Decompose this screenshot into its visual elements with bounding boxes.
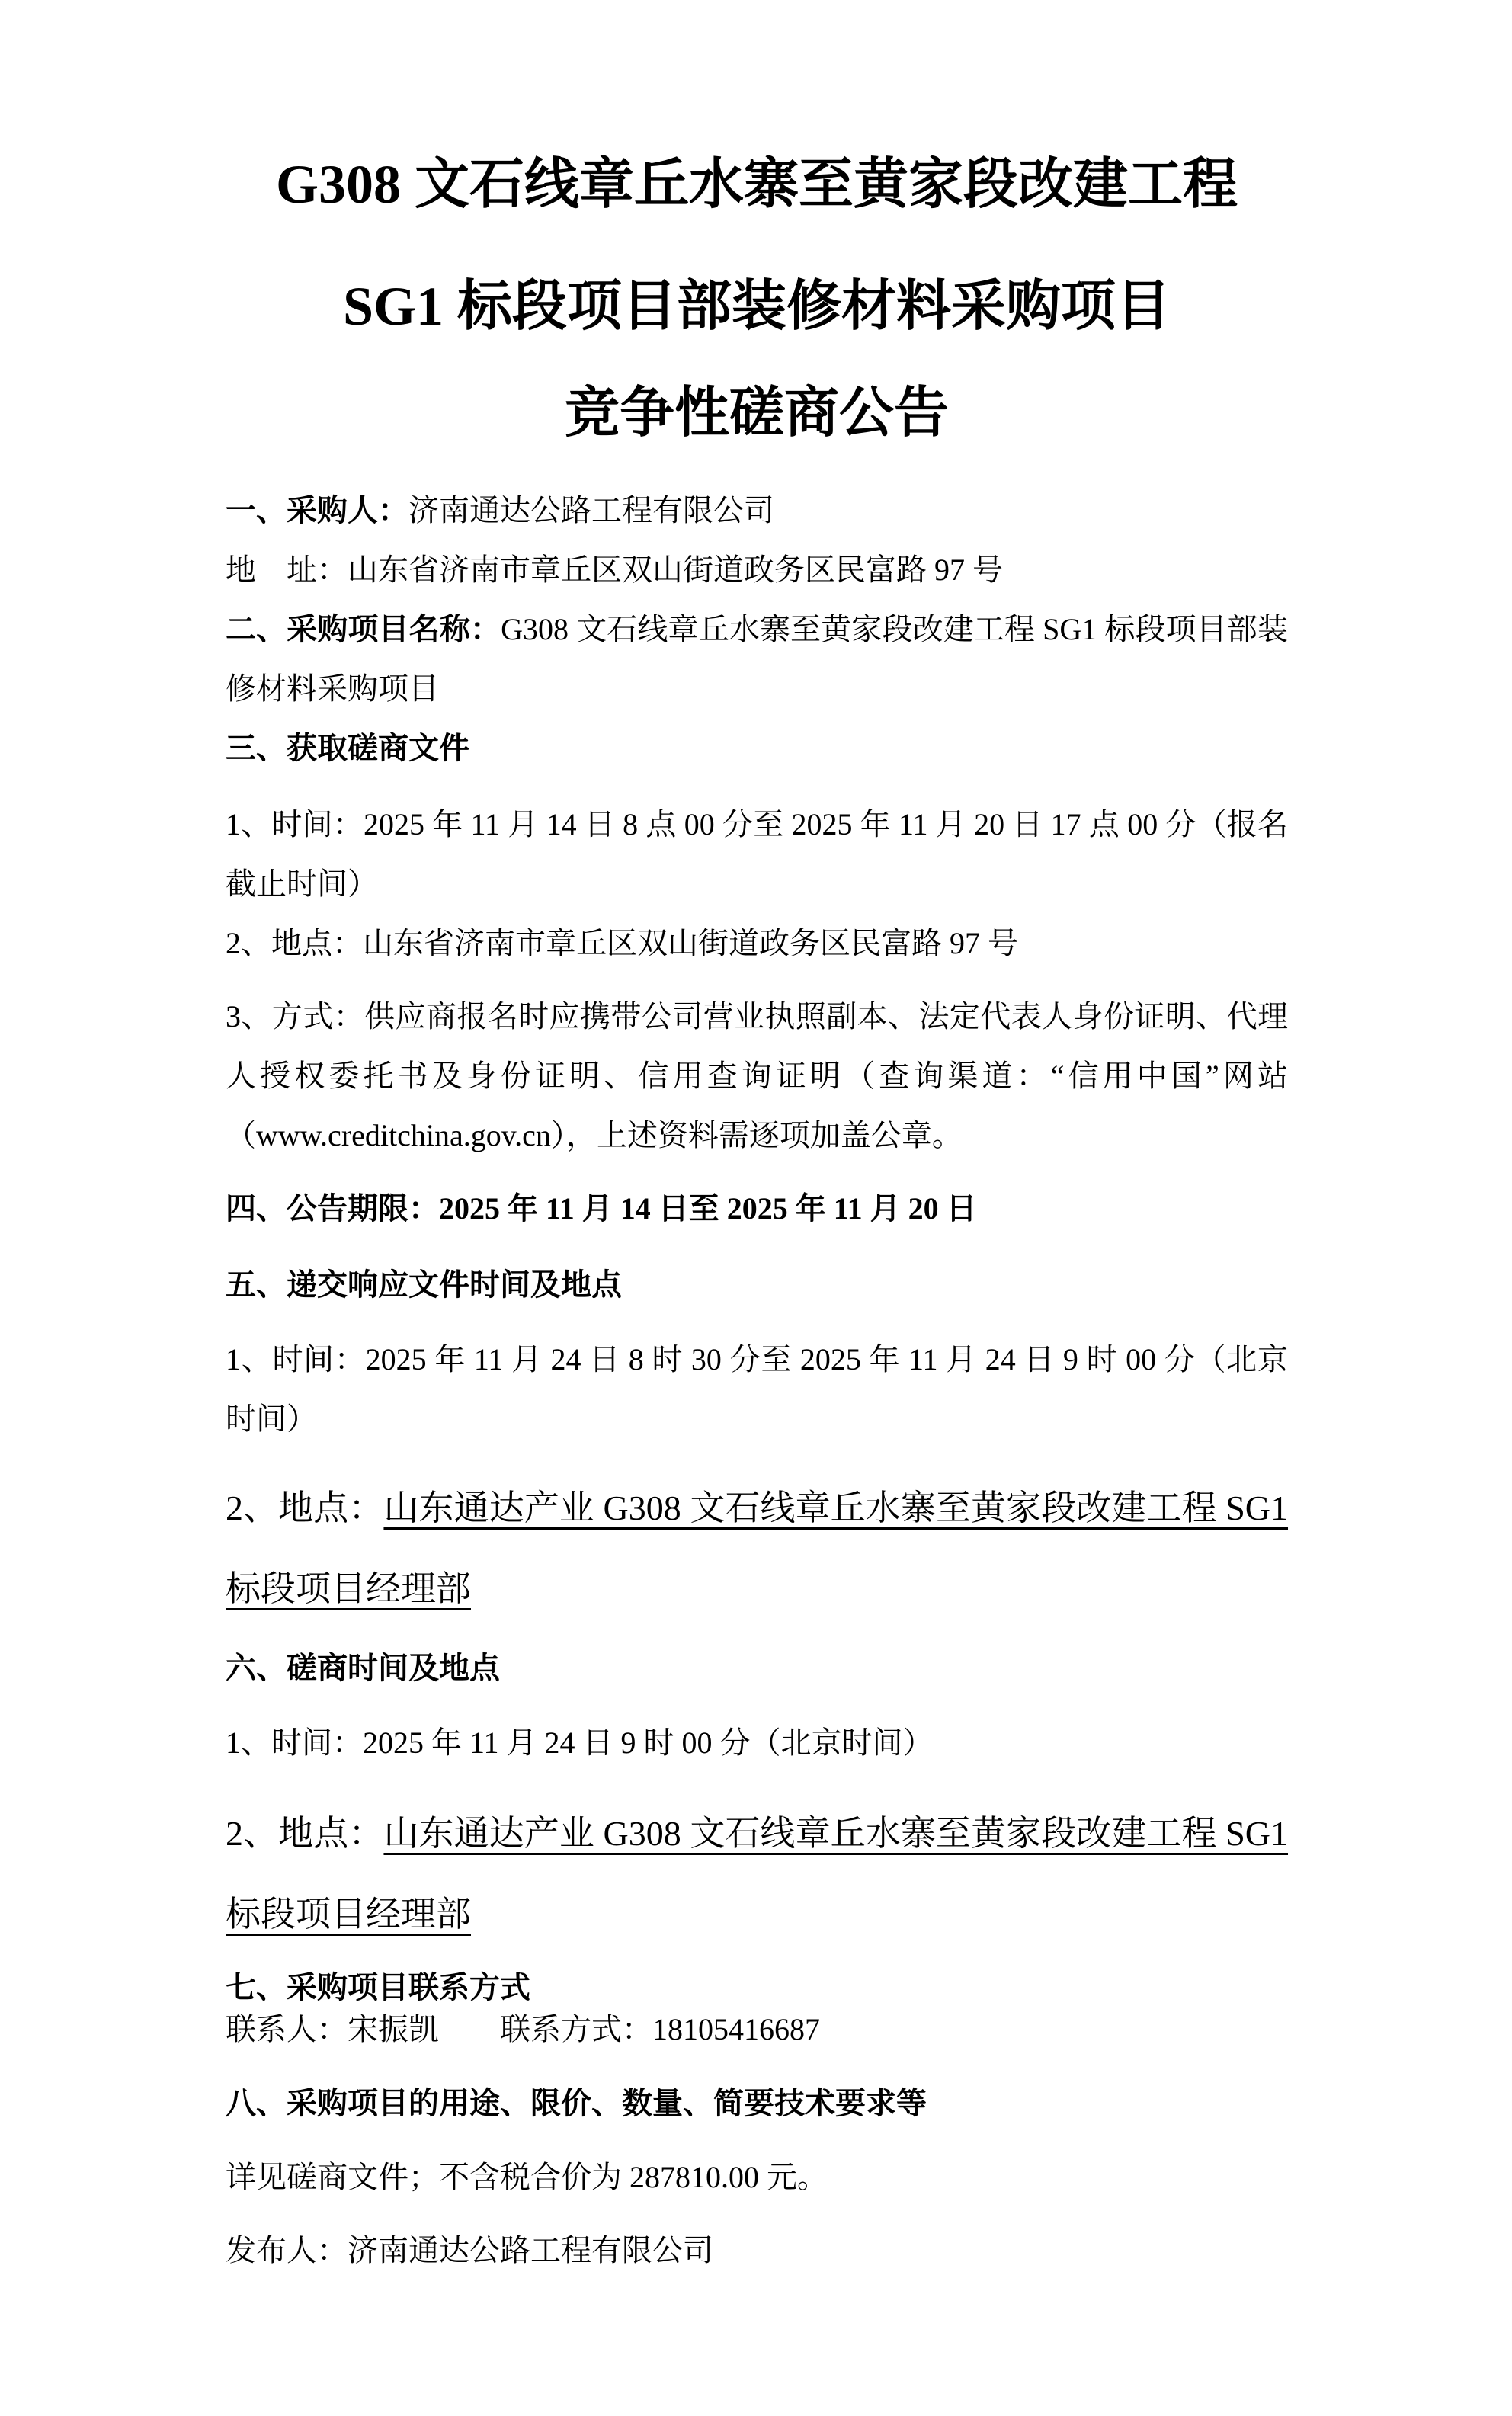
section-5-place-value: 山东通达产业 G308 文石线章丘水寨至黄家段改建工程 SG1 标段项目经理部 [226,1488,1288,1608]
section-8-heading: 八、采购项目的用途、限价、数量、简要技术要求等 [226,2074,1288,2133]
section-5-place-label: 2、地点： [226,1488,383,1527]
section-4-heading: 四、公告期限：2025 年 11 月 14 日至 2025 年 11 月 20 … [226,1179,1288,1238]
section-6-place-line: 2、地点：山东通达产业 G308 文石线章丘水寨至黄家段改建工程 SG1 标段项… [226,1793,1288,1955]
buyer-value: 济南通达公路工程有限公司 [408,493,774,527]
section-5-heading: 五、递交响应文件时间及地点 [226,1255,1288,1315]
buyer-line: 一、采购人：济南通达公路工程有限公司 [226,481,1288,540]
section-3-time-line: 1、时间：2025 年 11 月 14 日 8 点 00 分至 2025 年 1… [226,795,1288,914]
section-5-place-line: 2、地点：山东通达产业 G308 文石线章丘水寨至黄家段改建工程 SG1 标段项… [226,1468,1288,1629]
section-3-heading: 三、获取磋商文件 [226,719,1288,778]
publisher-line: 发布人：济南通达公路工程有限公司 [226,2221,1288,2280]
section-6-heading: 六、磋商时间及地点 [226,1639,1288,1698]
section-6-place-label: 2、地点： [226,1814,383,1853]
document-title: G308 文石线章丘水寨至黄家段改建工程 SG1 标段项目部装修材料采购项目 竞… [226,149,1288,450]
section-7-heading: 七、采购项目联系方式 [226,1966,1288,2008]
buyer-label: 一、采购人： [226,493,408,527]
section-6-place-value: 山东通达产业 G308 文石线章丘水寨至黄家段改建工程 SG1 标段项目经理部 [226,1814,1288,1934]
document-content: G308 文石线章丘水寨至黄家段改建工程 SG1 标段项目部装修材料采购项目 竞… [226,149,1288,2280]
section-3-method-line: 3、方式：供应商报名时应携带公司营业执照副本、法定代表人身份证明、代理人授权委托… [226,987,1288,1165]
title-line-2: SG1 标段项目部装修材料采购项目 [226,271,1288,343]
project-name-line: 二、采购项目名称：G308 文石线章丘水寨至黄家段改建工程 SG1 标段项目部装… [226,600,1288,719]
title-line-3: 竞争性磋商公告 [226,377,1288,450]
title-line-1: G308 文石线章丘水寨至黄家段改建工程 [226,149,1288,221]
address-line: 地 址：山东省济南市章丘区双山街道政务区民富路 97 号 [226,540,1288,600]
section-3-place-line: 2、地点：山东省济南市章丘区双山街道政务区民富路 97 号 [226,914,1288,973]
section-8-detail-line: 详见磋商文件；不含税合价为 287810.00 元。 [226,2148,1288,2207]
section-5-time-line: 1、时间：2025 年 11 月 24 日 8 时 30 分至 2025 年 1… [226,1330,1288,1449]
contact-line: 联系人：宋振凯 联系方式：18105416687 [226,2008,1288,2050]
section-6-time-line: 1、时间：2025 年 11 月 24 日 9 时 00 分（北京时间） [226,1713,1288,1773]
project-name-label: 二、采购项目名称： [226,612,501,646]
document-page: G308 文石线章丘水寨至黄家段改建工程 SG1 标段项目部装修材料采购项目 竞… [0,0,1512,2416]
